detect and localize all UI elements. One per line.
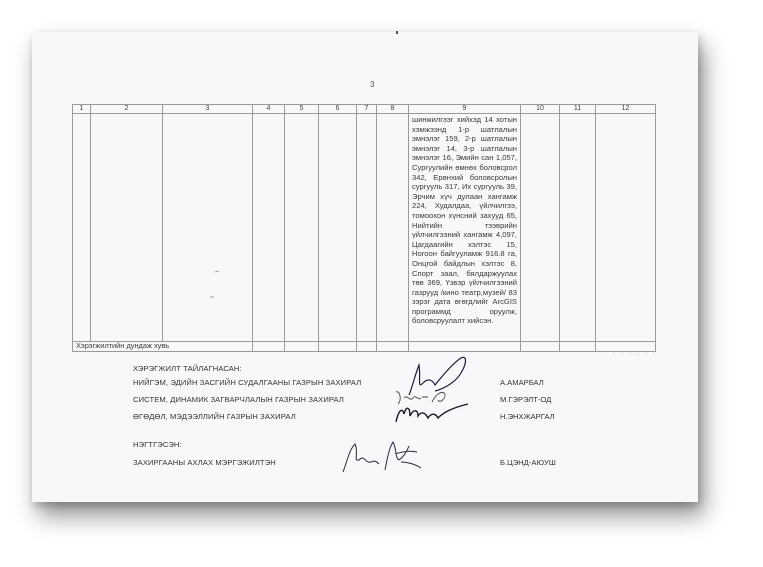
signatory-title: ӨГӨДӨЛ, МЭДЭЭЛЛИЙН ГАЗРЫН ЗАХИРАЛ: [133, 412, 296, 421]
signatory-name: М.ГЭРЭЛТ-ОД: [500, 395, 551, 404]
table-cell: [73, 114, 91, 342]
signature-icon: [392, 402, 472, 426]
table-cell: [560, 342, 596, 352]
table-cell: [285, 342, 319, 352]
table-cell: [253, 114, 285, 342]
column-header: 2: [91, 105, 163, 114]
column-header: 12: [596, 105, 656, 114]
column-header: 9: [409, 105, 521, 114]
signatory-title: НИЙГЭМ, ЭДИЙН ЗАСГИЙН СУДАЛГААНЫ ГАЗРЫН …: [133, 378, 361, 387]
table-cell: [521, 342, 560, 352]
column-header-row: 1 2 3 4 5 6 7 8 9 10 11 12: [73, 105, 656, 114]
column-header: 6: [319, 105, 357, 114]
table-cell: [521, 114, 560, 342]
table-cell: [253, 342, 285, 352]
column-header: 3: [163, 105, 253, 114]
signatory-title: ЗАХИРГААНЫ АХЛАХ МЭРГЭЖИЛТЭН: [133, 458, 276, 467]
signatory-name: Б.ЦЭНД-АЮУШ: [500, 458, 556, 467]
scan-mark: [210, 270, 222, 300]
summary-label-cell: Хэрэгжилтийн дундаж хувь: [73, 342, 253, 352]
description-text: шинжилгээг хийхэд 14 хотын хэмжээнд 1-р …: [409, 114, 520, 326]
signatory-name: А.АМАРБАЛ: [500, 378, 544, 387]
column-header: 5: [285, 105, 319, 114]
column-header: 10: [521, 105, 560, 114]
report-table: 1 2 3 4 5 6 7 8 9 10 11 12 шинжилгээг хи…: [72, 104, 656, 352]
summary-row: Хэрэгжилтийн дундаж хувь: [73, 342, 656, 352]
table-row: шинжилгээг хийхэд 14 хотын хэмжээнд 1-р …: [73, 114, 656, 342]
table-cell: [319, 342, 357, 352]
table-cell: [285, 114, 319, 342]
column-header: 1: [73, 105, 91, 114]
verified-heading: НЭГТГЭСЭН:: [133, 440, 182, 449]
table-cell: [596, 114, 656, 342]
table-cell: [91, 114, 163, 342]
signatory-name: Н.ЭНХЖАРГАЛ: [500, 412, 555, 421]
column-header: 8: [377, 105, 409, 114]
table-cell: [357, 342, 377, 352]
table-cell: [377, 114, 409, 342]
signature-icon: [335, 432, 425, 477]
summary-label: Хэрэгжилтийн дундаж хувь: [73, 341, 169, 350]
reported-heading: ХЭРЭГЖИЛТ ТАЙЛАГНАСАН:: [133, 364, 242, 373]
column-header: 4: [253, 105, 285, 114]
table-cell: [319, 114, 357, 342]
table-cell: [163, 114, 253, 342]
signatory-title: СИСТЕМ, ДИНАМИК ЗАГВАРЧЛАЛЫН ГАЗРЫН ЗАХИ…: [133, 395, 344, 404]
table-cell: [560, 114, 596, 342]
column-header: 7: [357, 105, 377, 114]
page-number: 3: [370, 80, 374, 89]
scan-speck: [610, 350, 660, 358]
column-header: 11: [560, 105, 596, 114]
table-cell-description: шинжилгээг хийхэд 14 хотын хэмжээнд 1-р …: [409, 114, 521, 342]
table-cell: [409, 342, 521, 352]
table-cell: [357, 114, 377, 342]
scan-speck: [396, 31, 398, 34]
table-cell: [377, 342, 409, 352]
